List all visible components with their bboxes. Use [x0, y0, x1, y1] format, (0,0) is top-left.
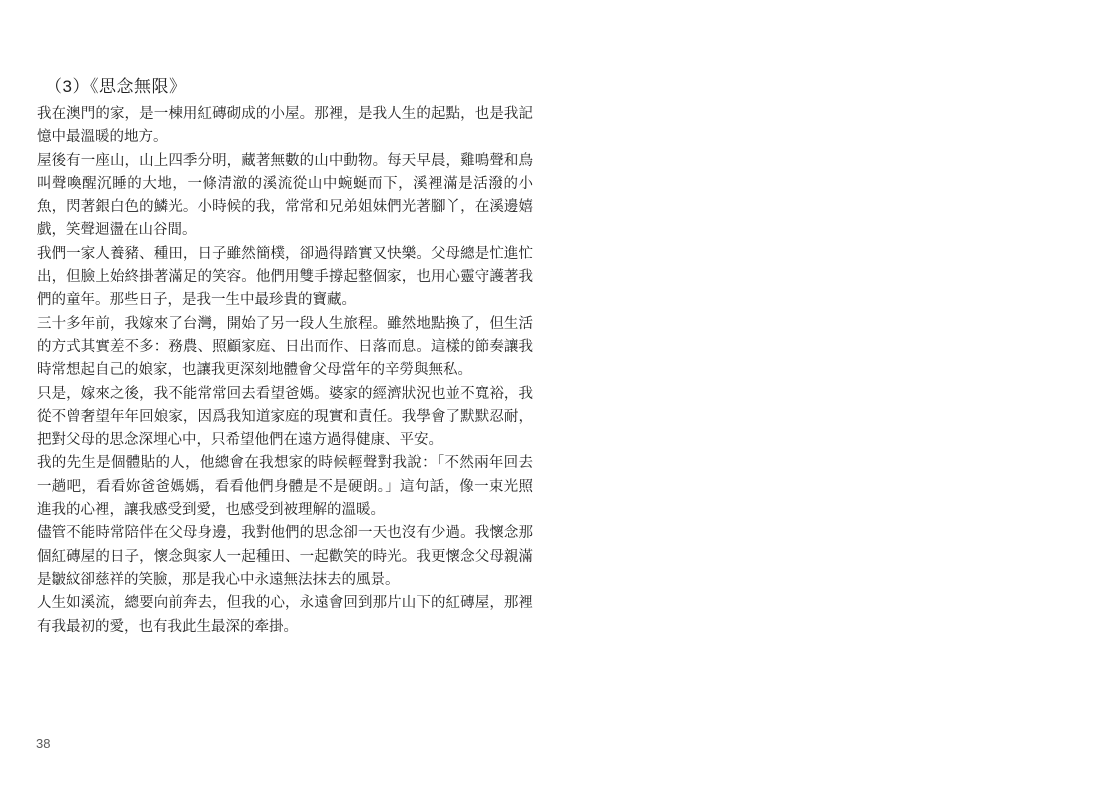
text-column: （3）《思念無限》 我在澳門的家，是一棟用紅磚砌成的小屋。那裡，是我人生的起點，… [37, 74, 533, 639]
paragraph: 三十多年前，我嫁來了台灣，開始了另一段人生旅程。雖然地點換了，但生活的方式其實差… [37, 313, 533, 383]
page-number: 38 [36, 736, 50, 752]
paragraph: 只是，嫁來之後，我不能常常回去看望爸媽。婆家的經濟狀況也並不寬裕，我從不曾奢望年… [37, 383, 533, 453]
paragraph: 我們一家人養豬、種田，日子雖然簡樸，卻過得踏實又快樂。父母總是忙進忙出，但臉上始… [37, 243, 533, 313]
section-title: （3）《思念無限》 [45, 74, 533, 99]
paragraph-list: 我在澳門的家，是一棟用紅磚砌成的小屋。那裡，是我人生的起點，也是我記憶中最溫暖的… [37, 103, 533, 639]
paragraph: 屋後有一座山，山上四季分明，藏著無數的山中動物。每天早晨，雞鳴聲和鳥叫聲喚醒沉睡… [37, 150, 533, 243]
document-page: （3）《思念無限》 我在澳門的家，是一棟用紅磚砌成的小屋。那裡，是我人生的起點，… [0, 0, 1116, 792]
paragraph: 我在澳門的家，是一棟用紅磚砌成的小屋。那裡，是我人生的起點，也是我記憶中最溫暖的… [37, 103, 533, 150]
paragraph: 人生如溪流，總要向前奔去，但我的心，永遠會回到那片山下的紅磚屋，那裡有我最初的愛… [37, 592, 533, 639]
paragraph: 儘管不能時常陪伴在父母身邊，我對他們的思念卻一天也沒有少過。我懷念那個紅磚屋的日… [37, 522, 533, 592]
paragraph: 我的先生是個體貼的人，他總會在我想家的時候輕聲對我說：「不然兩年回去一趟吧，看看… [37, 452, 533, 522]
